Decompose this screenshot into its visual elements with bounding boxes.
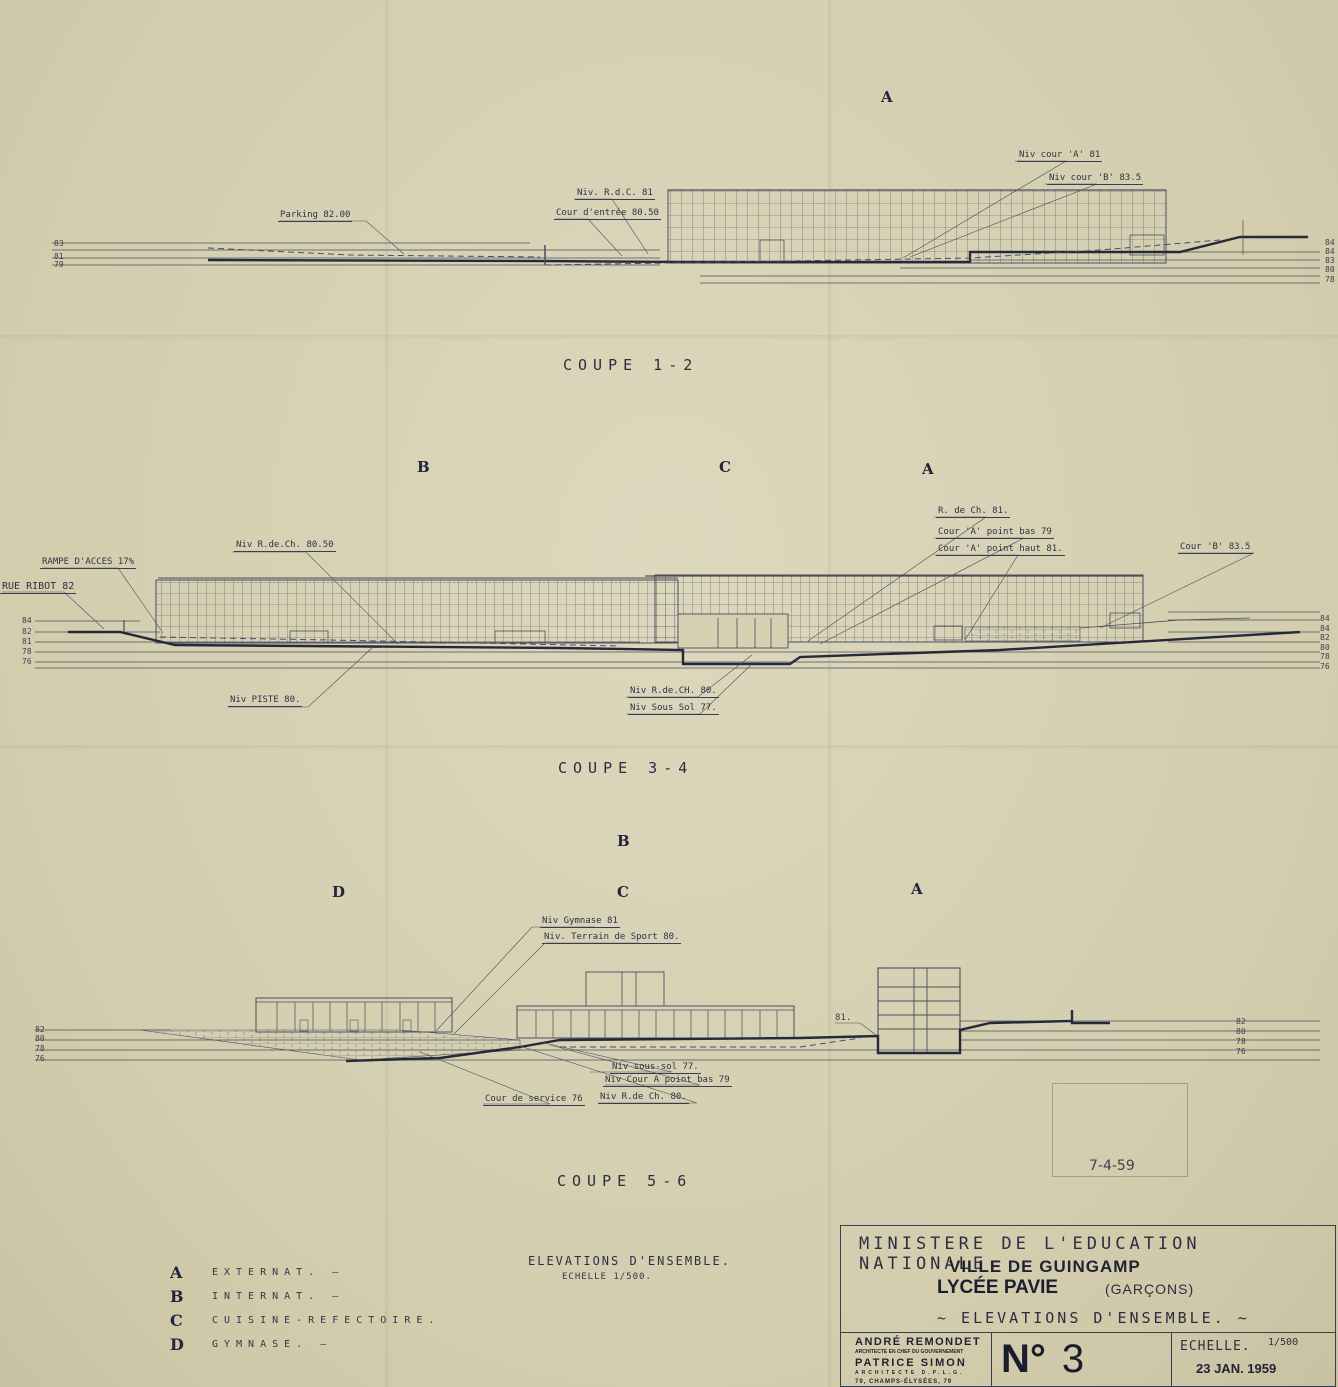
building-letter: B <box>417 458 430 476</box>
scale-value: 1/500 <box>1268 1337 1298 1348</box>
section-title: COUPE 5-6 <box>557 1172 692 1190</box>
title-block: MINISTERE DE L'EDUCATION NATIONALE. VILL… <box>840 1225 1336 1387</box>
date-stamp: 23 JAN. 1959 <box>1196 1361 1276 1376</box>
level-marker: 80 <box>1320 643 1330 652</box>
scale-date-box: ECHELLE. 1/500 23 JAN. 1959 <box>1171 1333 1338 1386</box>
level-marker: 82 <box>1236 1017 1246 1026</box>
section-title: COUPE 1-2 <box>563 356 698 374</box>
annotation: Niv sous-sol 77. <box>610 1062 701 1074</box>
level-marker: 84 <box>1320 624 1330 633</box>
level-marker: 78 <box>1236 1037 1246 1046</box>
level-marker: 84 <box>1320 614 1330 623</box>
scale-label: ECHELLE. <box>1180 1339 1251 1354</box>
building-letter: C <box>719 458 731 476</box>
caption-scale: ECHELLE 1/500. <box>562 1272 652 1282</box>
annotation: Niv Gymnase 81 <box>540 916 620 928</box>
level-marker: 84 <box>1325 247 1335 256</box>
annotation: R. de Ch. 81. <box>936 506 1010 518</box>
building-letter: A <box>911 880 923 898</box>
legend-key: A <box>170 1263 184 1282</box>
architect-credits: ANDRÉ REMONDET ARCHITECTE EN CHEF DU GOU… <box>841 1333 992 1386</box>
annotation: RUE RIBOT 82 <box>0 581 76 594</box>
annotation: RAMPE D'ACCES 17% <box>40 557 136 569</box>
level-marker: 79 <box>54 260 64 269</box>
level-marker: 83 <box>54 239 64 248</box>
annotation: Niv cour 'B' 83.5 <box>1047 173 1143 185</box>
caption-title: ELEVATIONS D'ENSEMBLE. <box>528 1254 731 1268</box>
handwritten-date: 7-4-59 <box>1089 1158 1135 1174</box>
annotation: Niv R.de.CH. 80. <box>628 686 719 698</box>
number-prefix: N° <box>1001 1337 1046 1381</box>
legend-key: B <box>170 1287 184 1306</box>
city-name: VILLE DE GUINGAMP <box>949 1257 1141 1277</box>
legend-label: EXTERNAT. — <box>212 1267 344 1278</box>
school-name: LYCÉE PAVIE <box>937 1277 1058 1299</box>
legend-label: INTERNAT. — <box>212 1291 344 1302</box>
level-marker: 78 <box>1325 275 1335 284</box>
level-marker: 76 <box>1236 1047 1246 1056</box>
level-marker: 82 <box>1320 633 1330 642</box>
legend-key: C <box>170 1311 184 1330</box>
level-marker: 76 <box>22 657 32 666</box>
level-marker: 78 <box>22 647 32 656</box>
level-marker: 76 <box>1320 662 1330 671</box>
number-value: 3 <box>1062 1337 1084 1381</box>
level-marker: 83 <box>1325 256 1335 265</box>
architect-role: ARCHITECTE D.P.L.G. <box>855 1370 964 1376</box>
approval-stamp: 7-4-59 <box>1052 1083 1188 1177</box>
building-letter: B <box>617 832 630 850</box>
annotation: Niv. Terrain de Sport 80. <box>542 932 681 944</box>
annotation: Parking 82.00 <box>278 210 352 222</box>
level-marker: 76 <box>35 1054 45 1063</box>
title-block-footer: ANDRÉ REMONDET ARCHITECTE EN CHEF DU GOU… <box>841 1332 1335 1386</box>
legend-label: GYMNASE. — <box>212 1339 332 1350</box>
level-marker: 82 <box>35 1025 45 1034</box>
annotation: Niv PISTE 80. <box>228 695 302 707</box>
legend-key: D <box>170 1335 184 1354</box>
level-marker: 80 <box>1236 1027 1246 1036</box>
annotation: Niv cour 'A' 81 <box>1017 150 1102 162</box>
sheet-number: N°3 <box>1001 1337 1084 1382</box>
building-letter: D <box>332 883 345 901</box>
legend-item: C CUISINE-REFECTOIRE. <box>170 1311 440 1330</box>
annotation: Cour 'B' 83.5 <box>1178 542 1252 554</box>
building-letter: C <box>617 883 629 901</box>
section-title: COUPE 3-4 <box>558 759 693 777</box>
annotation: Niv R.de.Ch. 80.50 <box>234 540 336 552</box>
level-marker: 78 <box>1320 652 1330 661</box>
annotation: Niv R.de Ch. 80. <box>598 1092 689 1104</box>
legend-item: D GYMNASE. — <box>170 1335 332 1354</box>
building-letter: A <box>922 460 934 478</box>
level-marker: 82 <box>22 627 32 636</box>
architect-name: PATRICE SIMON <box>855 1357 967 1369</box>
annotation: Niv Cour A point bas 79 <box>603 1075 732 1087</box>
legend-item: A EXTERNAT. — <box>170 1263 344 1282</box>
level-marker: 84 <box>1325 238 1335 247</box>
legend-item: B INTERNAT. — <box>170 1287 344 1306</box>
annotation: Cour d'entrée 80.50 <box>554 208 661 220</box>
legend-label: CUISINE-REFECTOIRE. <box>212 1315 440 1326</box>
drawing-title: ~ ELEVATIONS D'ENSEMBLE. ~ <box>937 1309 1250 1327</box>
level-marker: 80 <box>1325 265 1335 274</box>
annotation: Niv Sous Sol 77. <box>628 703 719 715</box>
annotation: Cour 'A' point bas 79 <box>936 527 1054 539</box>
annotation: Cour de service 76 <box>483 1094 585 1106</box>
level-marker: 80 <box>35 1034 45 1043</box>
annotation: Cour 'A' point haut 81. <box>936 544 1065 556</box>
architect-name: ANDRÉ REMONDET <box>855 1336 981 1348</box>
level-marker: 84 <box>22 616 32 625</box>
building-letter: A <box>881 88 893 106</box>
architect-role: ARCHITECTE EN CHEF DU GOUVERNEMENT <box>855 1349 963 1355</box>
annotation: 81. <box>835 1013 851 1023</box>
annotation: Niv. R.d.C. 81 <box>575 188 655 200</box>
level-marker: 78 <box>35 1044 45 1053</box>
architect-address: 79, CHAMPS-ÉLYSÉES, 79 <box>855 1379 952 1385</box>
level-marker: 81 <box>22 637 32 646</box>
school-note: (GARÇONS) <box>1105 1281 1194 1297</box>
